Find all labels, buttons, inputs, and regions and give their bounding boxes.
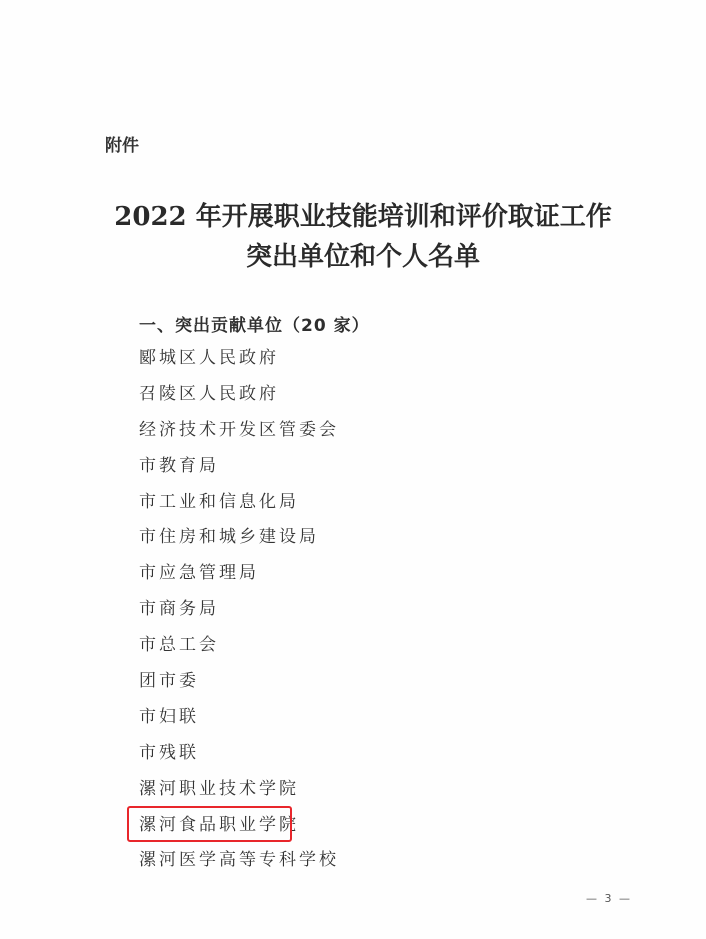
list-item: 市应急管理局 [139,560,339,596]
list-item: 召陵区人民政府 [139,381,339,417]
document-page: 附件 2022 年开展职业技能培训和评价取证工作 突出单位和个人名单 一、突出贡… [0,0,706,939]
list-item: 郾城区人民政府 [139,345,339,381]
list-item: 市总工会 [139,632,339,668]
list-item: 市教育局 [139,453,339,489]
document-title-line-1: 2022 年开展职业技能培训和评价取证工作 [10,196,706,233]
highlight-annotation-box [127,806,292,842]
outstanding-unit-list: 郾城区人民政府 召陵区人民政府 经济技术开发区管委会 市教育局 市工业和信息化局… [139,345,339,883]
document-title-line-2: 突出单位和个人名单 [10,236,706,273]
list-item: 市妇联 [139,704,339,740]
list-item: 市住房和城乡建设局 [139,524,339,560]
list-item: 经济技术开发区管委会 [139,417,339,453]
list-item: 漯河医学高等专科学校 [139,847,339,883]
list-item: 团市委 [139,668,339,704]
section-heading-outstanding-units: 一、突出贡献单位（20 家） [139,311,370,336]
page-number: — 3 — [586,892,632,905]
list-item: 市工业和信息化局 [139,489,339,525]
list-item: 市商务局 [139,596,339,632]
list-item: 市残联 [139,740,339,776]
attachment-label: 附件 [105,131,139,156]
